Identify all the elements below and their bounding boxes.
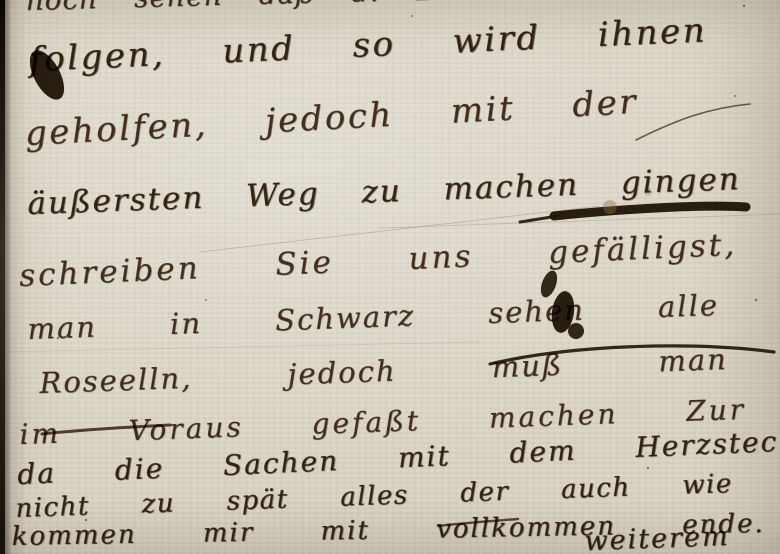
handwriting-line-4: äußersten Weg zu machen gingen	[27, 161, 741, 222]
handwriting-line-6: man in Schwarz sehen alle verwehen	[27, 280, 780, 346]
ink-strikethrough-leadin	[520, 216, 558, 222]
ink-strikethrough	[554, 206, 746, 216]
handwriting-line-12: weiterem	[584, 521, 730, 554]
handwriting-line-3: geholfen, jedoch mit der	[24, 82, 639, 154]
ink-flourish	[636, 104, 750, 140]
manuscript-page: noch sehen daß d. 2 c. folgen, und so wi…	[0, 0, 780, 554]
paper-crease	[380, 214, 780, 228]
handwriting-line-7: Roseelln, jedoch muß man sich	[39, 336, 780, 400]
foxing-spot	[603, 200, 617, 214]
handwriting-line-2: folgen, und so wird ihnen	[28, 10, 708, 80]
handwriting-line-5: schreiben Sie uns gefälligst, daß	[18, 220, 780, 294]
scan-edge-left	[0, 0, 5, 554]
handwriting-line-1: noch sehen daß d. 2 c.	[25, 0, 497, 17]
